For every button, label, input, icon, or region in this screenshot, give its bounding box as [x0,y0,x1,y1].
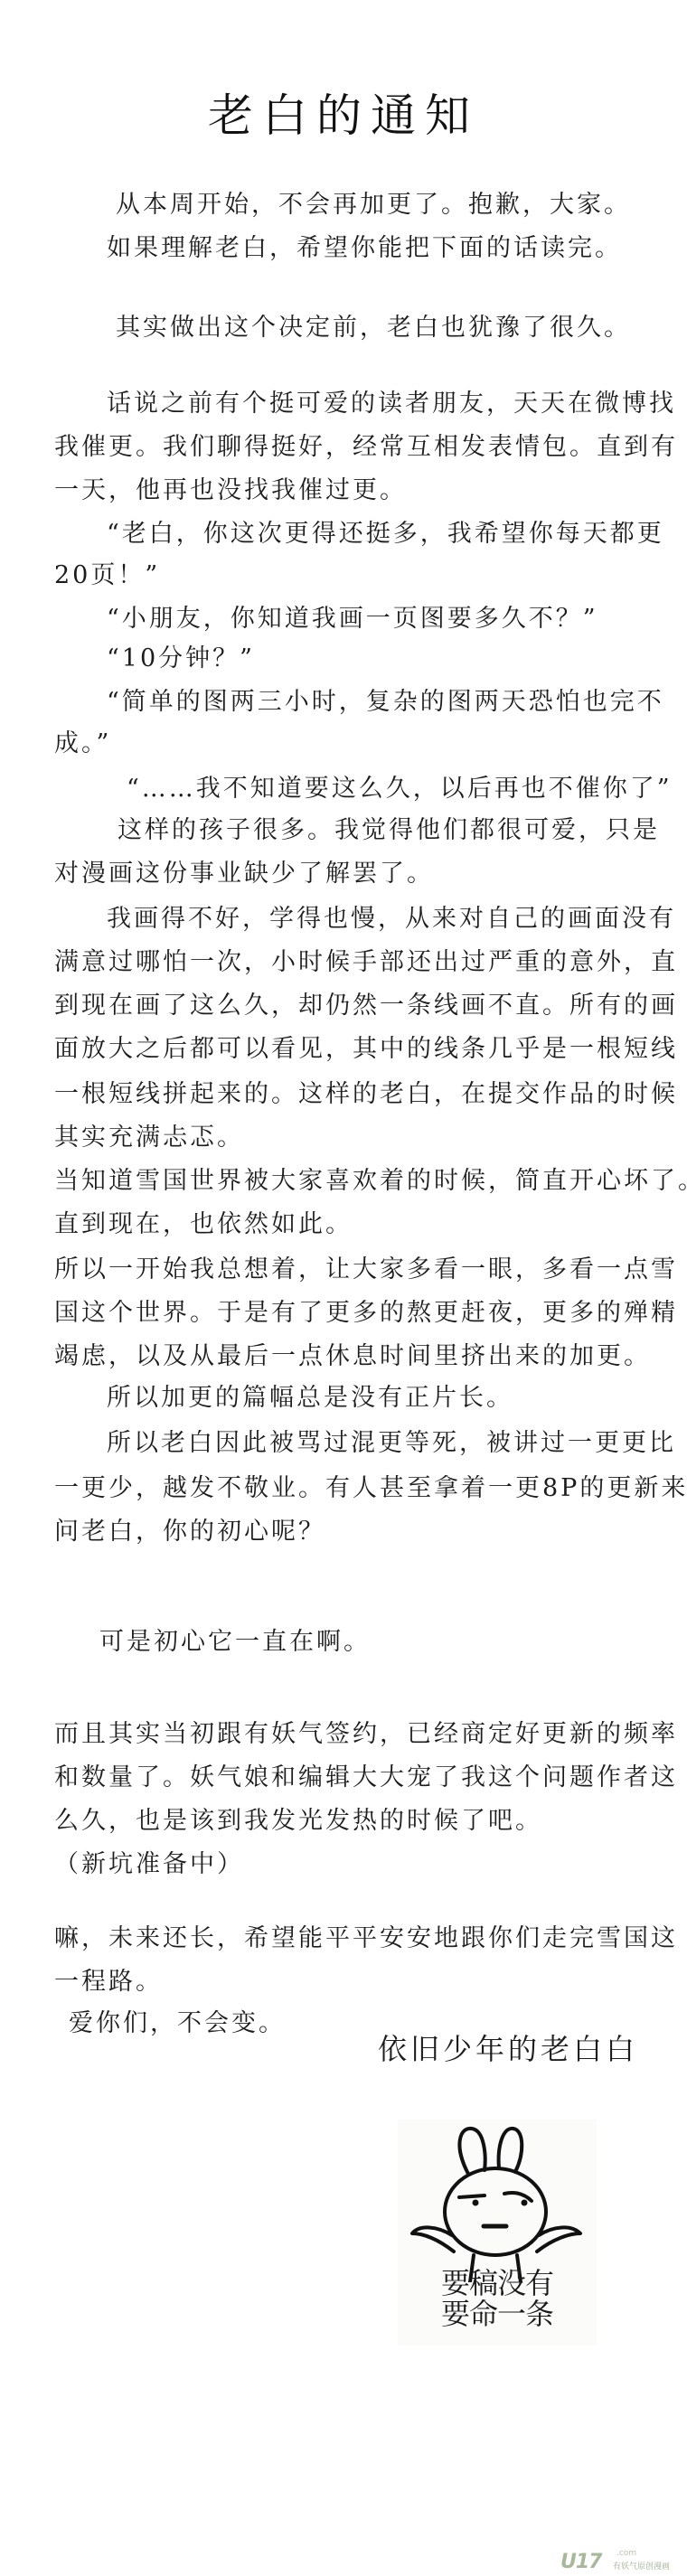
text-line: 对漫画这份事业缺少了解罢了。 [54,859,434,889]
text-line: “小朋友，你知道我画一页图要多久不？” [107,604,598,635]
u17-domain: .com [616,2549,636,2558]
text-line: 直到现在，也依然如此。 [54,1209,353,1240]
text-line: 成。” [54,729,111,759]
text-line: 到现在画了这么久，却仍然一条线画不直。所有的画 [54,991,678,1021]
text-line: 一天，他再也没找我催过更。 [54,475,407,506]
text-line: 爱你们，不会变。 [69,2008,286,2039]
text-line: 竭虑，以及从最后一点休息时间里挤出来的加更。 [54,1341,651,1372]
signature: 依旧少年的老白白 [378,2026,638,2068]
text-line: 话说之前有个挺可爱的读者朋友，天天在微博找 [107,389,676,419]
text-line: 一根短线拼起来的。这样的老白，在提交作品的时候 [54,1079,678,1110]
text-line: 一程路。 [54,1967,163,1998]
notice-page: 老白的通知 从本周开始，不会再加更了。抱歉，大家。如果理解老白，希望你能把下面的… [0,0,687,2576]
text-line: 所以加更的篇幅总是没有正片长。 [107,1383,513,1414]
text-line: 其实做出这个决定前，老白也犹豫了很久。 [116,313,631,343]
text-line: 所以老白因此被骂过混更等死，被讲过一更更比 [107,1428,676,1459]
text-line: （新坑准备中） [54,1849,244,1880]
text-line: 而且其实当初跟有妖气签约，已经商定好更新的频率 [54,1719,678,1750]
text-line: “简单的图两三小时，复杂的图两天恐怕也完不 [107,687,664,718]
rabbit-shrug-icon [398,2120,597,2282]
text-line: 如果理解老白，希望你能把下面的话读完。 [107,233,622,264]
text-line: 嘛，未来还长，希望能平平安安地跟你们走完雪国这 [54,1923,678,1954]
text-line: “……我不知道要这么久，以后再也不催你了” [127,774,673,804]
text-line: 所以一开始我总想着，让大家多看一眼，多看一点雪 [54,1255,678,1285]
text-line: 其实充满忐忑。 [54,1123,244,1153]
text-line: 可是初心它一直在啊。 [99,1627,371,1658]
text-line: 面放大之后都可以看见，其中的线条几乎是一根短线 [54,1034,678,1065]
text-line: 国这个世界。于是有了更多的熬更赶夜，更多的殚精 [54,1298,678,1329]
text-line: 一更少，越发不敬业。有人甚至拿着一更8P的更新来 [54,1473,687,1504]
text-line: 从本周开始，不会再加更了。抱歉，大家。 [116,190,631,221]
u17-watermark: U17 .com 有妖气原创漫画 [560,2549,687,2574]
text-line: 我画得不好，学得也慢，从来对自己的画面没有 [107,904,676,935]
u17-logo: U17 [560,2551,601,2573]
u17-tagline: 有妖气原创漫画 [613,2560,670,2571]
text-line: 和数量了。妖气娘和编辑大大宠了我这个问题作者这 [54,1763,678,1793]
page-title: 老白的通知 [0,80,687,145]
text-line: 我催更。我们聊得挺好，经常互相发表情包。直到有 [54,432,678,463]
meme-caption-line-2: 要命一条 [398,2299,597,2329]
text-line: “10分钟？” [107,644,255,674]
text-line: 20页！” [54,560,160,591]
meme-image: 要稿没有 要命一条 [398,2120,597,2346]
meme-caption-line-1: 要稿没有 [398,2268,597,2299]
text-line: “老白，你这次更得还挺多，我希望你每天都更 [107,519,664,550]
text-line: 问老白，你的初心呢？ [54,1517,325,1547]
text-line: 么久，也是该到我发光发热的时候了吧。 [54,1806,542,1837]
text-line: 当知道雪国世界被大家喜欢着的时候，简直开心坏了。 [54,1166,687,1197]
text-line: 这样的孩子很多。我觉得他们都很可爱，只是 [118,815,660,846]
text-line: 满意过哪怕一次，小时候手部还出过严重的意外，直 [54,947,678,978]
